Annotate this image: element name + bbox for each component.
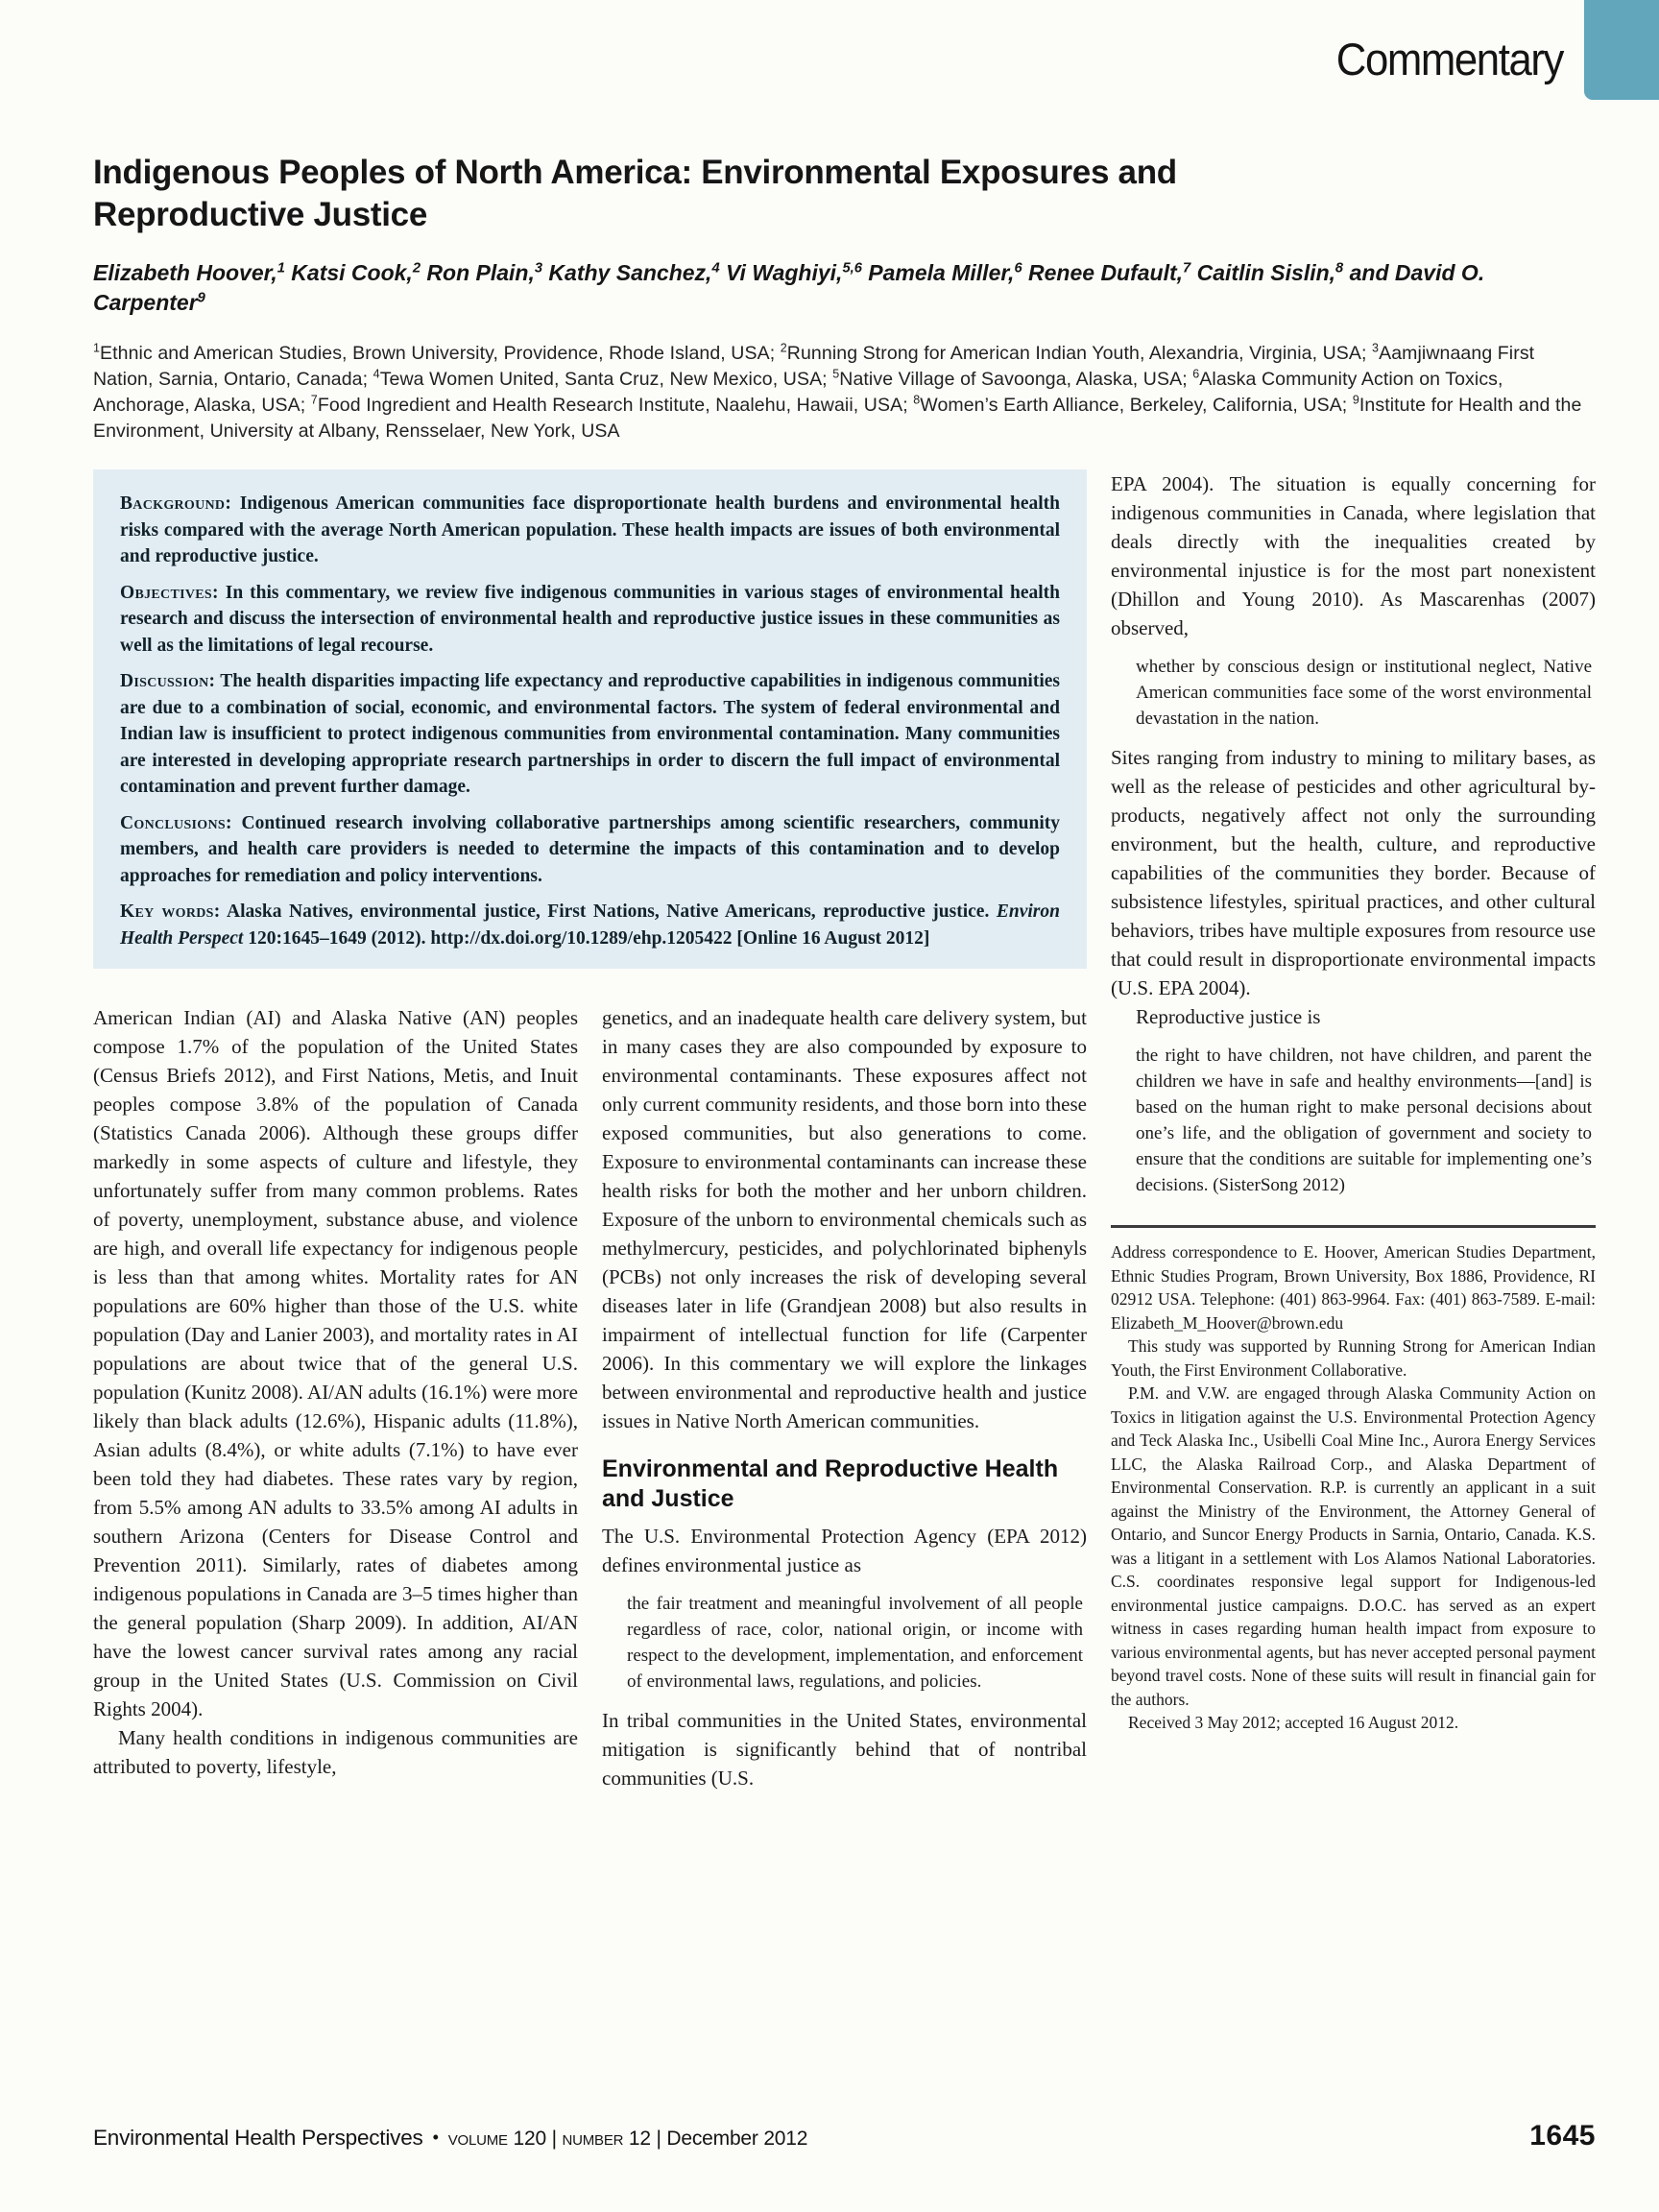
abstract-objectives: Objectives: In this commentary, we revie… [120, 580, 1060, 660]
issue-info: volume 120 | number 12 | December 2012 [448, 2128, 808, 2150]
abstract-box: Background: Indigenous American communit… [93, 469, 1087, 969]
affiliations: 1Ethnic and American Studies, Brown Univ… [93, 341, 1596, 445]
abstract-keywords-text: Alaska Natives, environmental justice, F… [120, 902, 1060, 949]
left-two-thirds: Background: Indigenous American communit… [93, 469, 1087, 1792]
body-paragraph: EPA 2004). The situation is equally conc… [1111, 469, 1596, 642]
abstract-background-label: Background: [120, 493, 231, 514]
author-notes: Address correspondence to E. Hoover, Ame… [1111, 1225, 1596, 1735]
correspondence-note: Address correspondence to E. Hoover, Ame… [1111, 1240, 1596, 1334]
journal-name: Environmental Health Perspectives [93, 2126, 423, 2150]
number-value: 12 [629, 2128, 651, 2150]
volume-value: 120 [513, 2128, 545, 2150]
footer-issue-line: Environmental Health Perspectives•volume… [93, 2126, 807, 2151]
body-paragraph: In tribal communities in the United Stat… [602, 1706, 1087, 1792]
body-paragraph: American Indian (AI) and Alaska Native (… [93, 1003, 578, 1723]
page-content: Indigenous Peoples of North America: Env… [93, 0, 1596, 1792]
abstract-objectives-label: Objectives: [120, 583, 219, 603]
footer-separator-dot: • [433, 2128, 439, 2147]
issue-date: December 2012 [666, 2128, 807, 2150]
volume-label: volume [448, 2128, 508, 2150]
abstract-keywords-label: Key words: [120, 902, 221, 922]
body-paragraph: Sites ranging from industry to mining to… [1111, 743, 1596, 1002]
block-quote-sistersong: the right to have children, not have chi… [1136, 1043, 1592, 1198]
abstract-discussion: Discussion: The health disparities impac… [120, 668, 1060, 801]
body-paragraph: The U.S. Environmental Protection Agency… [602, 1522, 1087, 1579]
received-accepted-note: Received 3 May 2012; accepted 16 August … [1111, 1711, 1596, 1735]
abstract-discussion-label: Discussion: [120, 671, 215, 691]
abstract-conclusions-label: Conclusions: [120, 813, 232, 833]
section-heading: Environmental and Reproductive Health an… [602, 1455, 1087, 1514]
body-column-2: genetics, and an inadequate health care … [602, 1003, 1087, 1792]
page-footer: Environmental Health Perspectives•volume… [93, 2120, 1596, 2152]
number-label: number [562, 2128, 623, 2150]
abstract-conclusions-text: Continued research involving collaborati… [120, 813, 1060, 886]
body-columns-1-2: American Indian (AI) and Alaska Native (… [93, 1003, 1087, 1792]
competing-interests-note: P.M. and V.W. are engaged through Alaska… [1111, 1382, 1596, 1711]
article-title: Indigenous Peoples of North America: Env… [93, 152, 1456, 236]
abstract-discussion-text: The health disparities impacting life ex… [120, 671, 1060, 797]
abstract-keywords: Key words: Alaska Natives, environmental… [120, 899, 1060, 951]
journal-page: Commentary Indigenous Peoples of North A… [0, 0, 1659, 2212]
block-quote-mascarenhas: whether by conscious design or instituti… [1136, 654, 1592, 732]
body-paragraph: Many health conditions in indigenous com… [93, 1723, 578, 1781]
authors-line: Elizabeth Hoover,1 Katsi Cook,2 Ron Plai… [93, 258, 1596, 318]
body-paragraph: genetics, and an inadequate health care … [602, 1003, 1087, 1435]
block-quote-epa-definition: the fair treatment and meaningful involv… [627, 1591, 1083, 1695]
support-note: This study was supported by Running Stro… [1111, 1334, 1596, 1382]
abstract-objectives-text: In this commentary, we review five indig… [120, 583, 1060, 656]
main-body-row: Background: Indigenous American communit… [93, 469, 1596, 1792]
abstract-background-text: Indigenous American communities face dis… [120, 493, 1060, 566]
abstract-conclusions: Conclusions: Continued research involvin… [120, 810, 1060, 890]
abstract-background: Background: Indigenous American communit… [120, 491, 1060, 570]
body-column-1: American Indian (AI) and Alaska Native (… [93, 1003, 578, 1792]
body-paragraph: Reproductive justice is [1111, 1002, 1596, 1031]
page-number: 1645 [1529, 2120, 1596, 2152]
body-column-3: EPA 2004). The situation is equally conc… [1111, 469, 1596, 1735]
